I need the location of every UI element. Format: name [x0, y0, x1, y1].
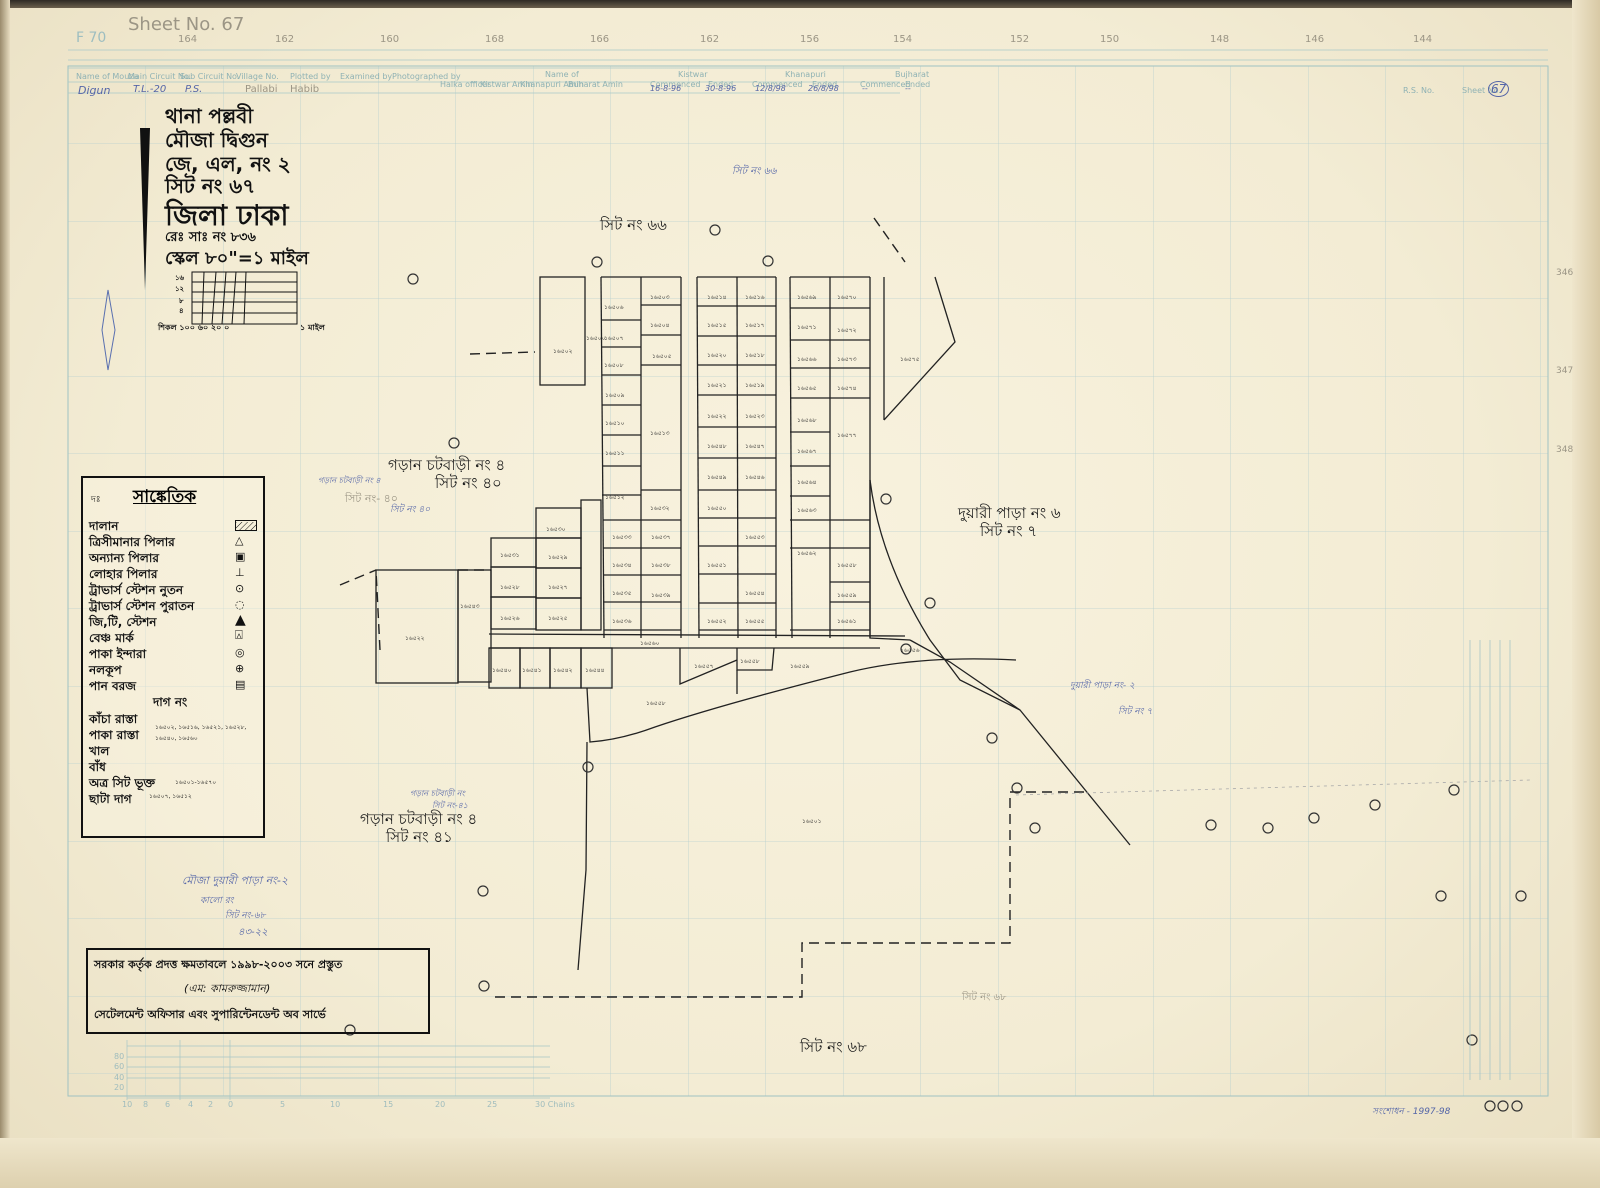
legend-prefix: দঃ: [91, 492, 101, 507]
note-4: ৪৩-২২: [238, 925, 268, 942]
map-scale: স্কেল ৮০"=১ মাইল: [165, 244, 309, 275]
scale-bar-label-left: শিকল ১০০ ৬০ ২০ ০: [158, 322, 229, 335]
broken-circle-icon: ◌: [235, 598, 245, 611]
label-west-lower-sheet: সিট নং ৪১: [386, 826, 453, 851]
map-sheet: Sheet No. 67 F 70 164 162 160 168 166 16…: [0, 0, 1600, 1188]
label-east-sheet: সিট নং ৭: [980, 520, 1037, 545]
scale-bar-label-right: ১ মাইল: [300, 322, 325, 335]
label-west-upper-sheet: সিট নং ৪০: [435, 472, 502, 497]
label-north-sheet: সিট নং ৬৬: [600, 214, 667, 239]
note-1: মৌজা দুয়ারী পাড়া নং-২: [182, 872, 288, 891]
big-triangle-icon: ▲: [235, 612, 246, 628]
double-circle-icon: ◎: [235, 646, 245, 659]
grid: [68, 66, 1548, 1096]
triangle-dot-icon: △: [235, 534, 243, 547]
cross-circle-icon: ⊕: [235, 662, 244, 675]
stamp-signature: (এম: কামরুজ্জামান): [184, 980, 270, 999]
revision-note: সংশোধন - 1997-98: [1372, 1104, 1450, 1119]
square-dot-icon: ▣: [235, 550, 245, 563]
authority-stamp: সরকার কর্তৃক প্রদত্ত ক্ষমতাবলে ১৯৯৮-২০০৩…: [86, 948, 430, 1034]
plot-no-header: দাগ নং: [153, 694, 187, 714]
rs-no-label: R.S. No.: [1403, 86, 1434, 95]
form-no: F 70: [76, 30, 106, 46]
note-2: কালো রং: [200, 893, 234, 908]
hatched-rect-icon: [235, 520, 257, 531]
bench-mark-icon: ⍓: [235, 628, 243, 643]
legend-title: সাঙ্কেতিক: [133, 484, 196, 512]
pencil-sheet-no: Sheet No. 67: [128, 14, 244, 35]
circle-dot-icon: ⊙: [235, 582, 244, 595]
label-south-sheet: সিট নং ৬৮: [800, 1036, 867, 1061]
dotted-rect-icon: ▤: [235, 678, 245, 691]
iron-pillar-icon: ⊥: [235, 566, 245, 579]
legend-box: দঃ সাঙ্কেতিক দালান ত্রিসীমানার পিলার△ অন…: [81, 476, 265, 838]
stamp-line-1: সরকার কর্তৃক প্রদত্ত ক্ষমতাবলে ১৯৯৮-২০০৩…: [94, 956, 342, 975]
label-north-pencil: সিট নং ৬৬: [732, 164, 777, 181]
note-3: সিট নং-৬৮: [225, 908, 265, 923]
stamp-line-3: সেটেলমেন্ট অফিসার এবং সুপারিন্টেনডেন্ট অ…: [94, 1006, 326, 1025]
